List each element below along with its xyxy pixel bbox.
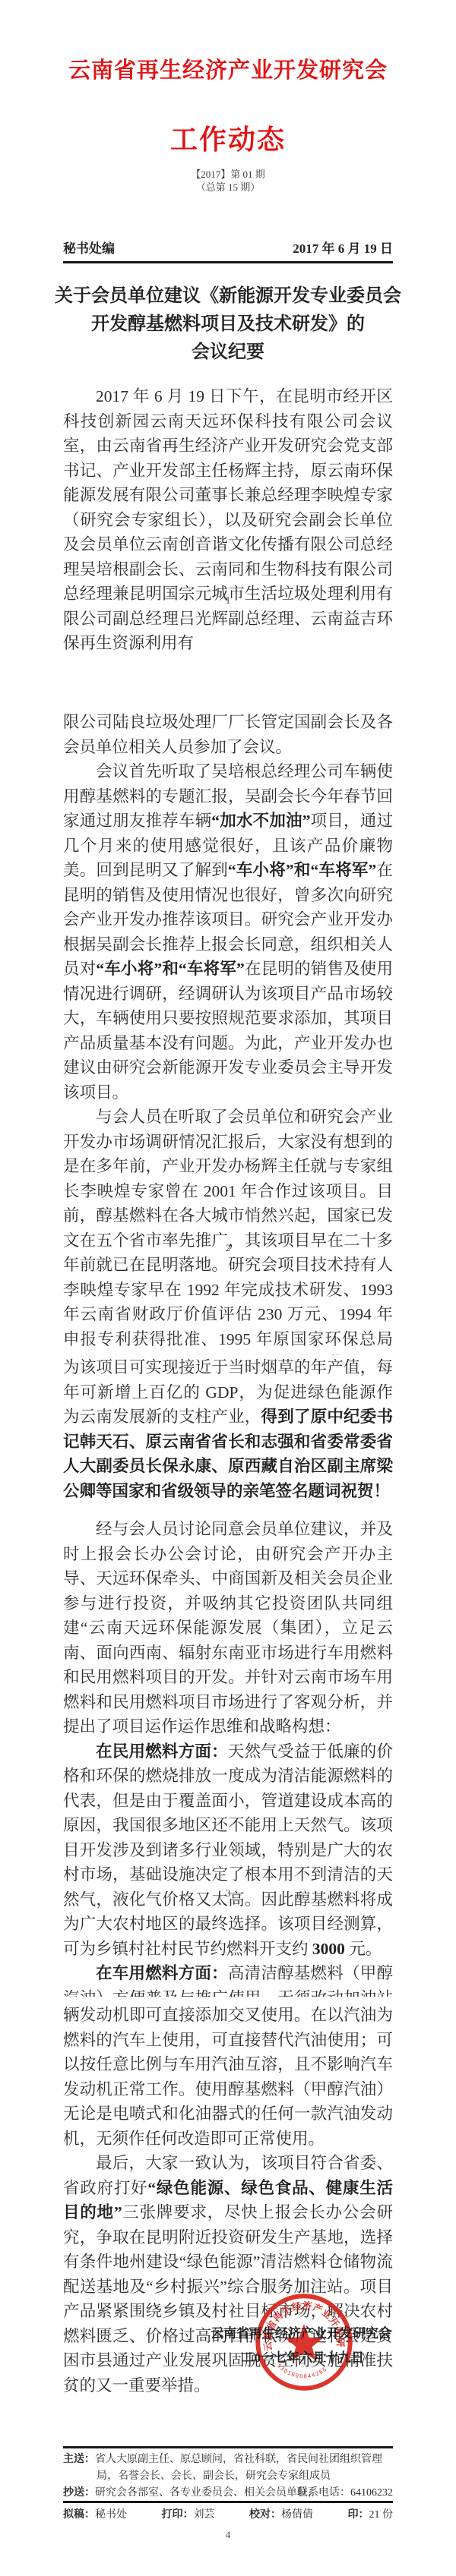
masthead-bulletin-title: 工作动态 (0, 121, 456, 158)
main-send-line: 主送：省人大原副主任、原总顾问，省社科联，省民间社团组织管理局，名誉会长、会长、… (63, 2451, 393, 2485)
footer-rule-top (63, 2446, 393, 2448)
page-number-3: 3 (0, 1887, 456, 1900)
page-3: 为该项目可实现接近于当时烟草的年产值，每年可新增上百亿的 GDP，为促进绿色能源… (0, 1355, 456, 1997)
emphasized-text-run: 在车用燃料方面： (96, 1964, 228, 1982)
signature-org: 云南省再生经济产业开发研究会 (211, 2322, 391, 2346)
main-send-list: 省人大原副主任、原总顾问，省社科联，省民间社团组织管理局，名誉会长、会长、副会长… (95, 2454, 382, 2482)
distribution-block: 主送：省人大原副主任、原总顾问，省社科联，省民间社团组织管理局，名誉会长、会长、… (63, 2451, 393, 2502)
masthead-org-title: 云南省再生经济产业开发研究会 (0, 0, 456, 84)
issue-date: 2017 年 6 月 19 日 (293, 241, 393, 257)
body-paragraph: 辆发动机即可直接添加交叉使用。在以汽油为燃料的汽车上使用，可直接替代汽油使用；可… (63, 2003, 393, 2151)
copies-item: 印：21 份 (348, 2508, 394, 2523)
text-run: 辆发动机即可直接添加交叉使用。在以汽油为燃料的汽车上使用，可直接替代汽油使用；可… (63, 2006, 393, 2148)
masthead-rule (63, 261, 393, 263)
text-run: 与会人员在听取了会员单位和研究会产业开发办市场调研情况汇报后，大家没有想到的是在… (63, 1108, 393, 1355)
emphasized-text-run: “车小将”和“车将军” (228, 861, 376, 879)
document-title-line: 关于会员单位建议《新能源开发专业委员会 (0, 282, 456, 311)
editor-label: 秘书处编 (63, 241, 115, 257)
page-2: 限公司陆良垃圾处理厂厂长管定国副会长及各会员单位相关人员参加了会议。会议首先听取… (0, 710, 456, 1355)
body-paragraph: 与会人员在听取了会员单位和研究会产业开发办市场调研情况汇报后，大家没有想到的是在… (63, 1105, 393, 1355)
document-title-line: 会议纪要 (0, 339, 456, 367)
document-title-line: 开发醇基燃料项目及技术研发》的 (0, 311, 456, 339)
issue-total-number: （总第 15 期） (0, 181, 456, 194)
phone-number: 64106232 (350, 2487, 393, 2499)
page-1-body: 2017 年 6 月 19 日下午，在昆明市经开区科技创新园云南天远环保科技有限… (0, 384, 456, 656)
drafter-item: 拟稿：秘书处 (63, 2508, 127, 2523)
body-paragraph: 在民用燃料方面：天然气受益于低廉的价格和环保的燃烧排放一度成为清洁能源燃料的代表… (63, 1739, 393, 1962)
page-number-4: 4 (0, 2529, 456, 2541)
text-run: 2017 年 6 月 19 日下午，在昆明市经开区科技创新园云南天远环保科技有限… (63, 387, 393, 652)
credits-row: 拟稿：秘书处 打印：刘芸 校对：杨倩倩 印：21 份 (63, 2508, 393, 2523)
text-run: 元。 (345, 1940, 382, 1958)
document-title: 关于会员单位建议《新能源开发专业委员会 开发醇基燃料项目及技术研发》的 会议纪要 (0, 282, 456, 367)
page-number-2: 2 (0, 1242, 456, 1254)
body-paragraph: 在车用燃料方面：高清洁醇基燃料（甲醇汽油）方便普及与推广使用，无须改动加油站的机… (63, 1961, 393, 1997)
page-number-1: 1 (0, 594, 456, 607)
body-paragraph: 经与会人员讨论同意会员单位建议，并及时上报会长办公会讨论，由研究会产开办主导、天… (63, 1517, 393, 1739)
issue-number: 【2017】第 01 期 (0, 168, 456, 181)
emphasized-text-run: “加水不加油” (211, 812, 310, 830)
page-3-body: 为该项目可实现接近于当时烟草的年产值，每年可新增上百亿的 GDP，为促进绿色能源… (0, 1355, 456, 1997)
proofreader-item: 校对：杨倩倩 (249, 2508, 313, 2523)
emphasized-text-run: 3000 (312, 1940, 345, 1958)
printer-item: 打印：刘芸 (162, 2508, 215, 2523)
body-paragraph: 会议首先听取了吴培根总经理公司车辆使用醇基燃料的专题汇报，吴副会长今年春节回家通… (63, 759, 393, 1105)
copy-send-line: 抄送：研究会各部室、各专业委员会、相关会员单位， 联系电话：64106232 (63, 2485, 393, 2502)
main-send-label: 主送： (63, 2454, 95, 2465)
text-run: 限公司陆良垃圾处理厂厂长管定国副会长及各会员单位相关人员参加了会议。 (63, 713, 393, 756)
text-run: 天然气受益于低廉的价格和环保的燃烧排放一度成为清洁能源燃料的代表，但是由于覆盖面… (63, 1742, 393, 1958)
body-paragraph: 为该项目可实现接近于当时烟草的年产值，每年可新增上百亿的 GDP，为促进绿色能源… (63, 1355, 393, 1503)
signature-block: 云南省再生经济产业开发研究会 二0一七年六月十九日 (211, 2322, 391, 2370)
emphasized-text-run: “车小将”和“车将军” (96, 960, 244, 978)
phone-label: 联系电话： (297, 2487, 350, 2499)
copy-send-label: 抄送： (63, 2487, 95, 2499)
text-run: 经与会人员讨论同意会员单位建议，并及时上报会长办公会讨论，由研究会产开办主导、天… (63, 1520, 393, 1736)
editor-date-row: 秘书处编 2017 年 6 月 19 日 (63, 241, 393, 257)
emphasized-text-run: 在民用燃料方面： (96, 1742, 228, 1761)
footer-rule-bottom (63, 2501, 393, 2503)
copy-send-list: 研究会各部室、各专业委员会、相关会员单位， (95, 2487, 318, 2499)
signature-date: 二0一七年六月十九日 (211, 2346, 391, 2370)
body-paragraph: 2017 年 6 月 19 日下午，在昆明市经开区科技创新园云南天远环保科技有限… (63, 384, 393, 656)
text-run: 在昆明的销售及使用情况进行调研，经调研认为该项目产品市场较大，车辆使用只要按照规… (63, 960, 393, 1102)
body-paragraph: 限公司陆良垃圾处理厂厂长管定国副会长及各会员单位相关人员参加了会议。 (63, 710, 393, 759)
scanned-document: { "masthead": { "org": "云南省再生经济产业开发研究会",… (0, 0, 456, 2576)
page-4: 辆发动机即可直接添加交叉使用。在以汽油为燃料的汽车上使用，可直接替代汽油使用；可… (0, 1997, 456, 2576)
page-1: 云南省再生经济产业开发研究会 工作动态 【2017】第 01 期 （总第 15 … (0, 0, 456, 710)
page-2-body: 限公司陆良垃圾处理厂厂长管定国副会长及各会员单位相关人员参加了会议。会议首先听取… (0, 710, 456, 1355)
